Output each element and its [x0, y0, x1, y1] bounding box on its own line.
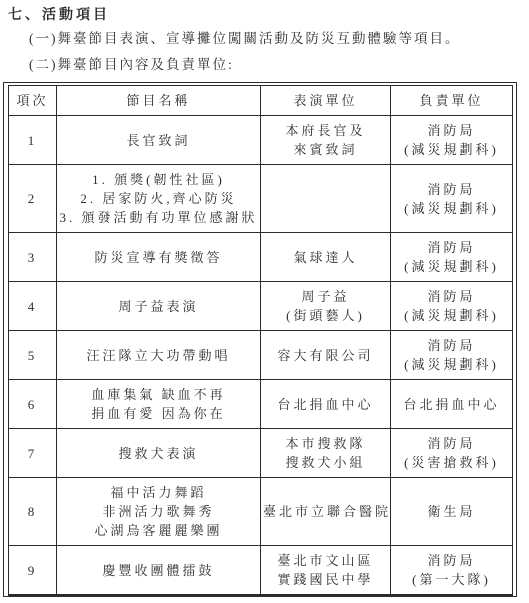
cell-line: (街頭藝人) — [263, 306, 388, 325]
cell-no: 9 — [9, 546, 57, 596]
cell-performer: 臺北市立聯合醫院 — [261, 478, 391, 546]
cell-line: 8 — [11, 502, 54, 521]
table-row: 21. 頒獎(韌性社區)2. 居家防火,齊心防災3. 頒發活動有功單位感謝狀 消… — [9, 165, 513, 233]
table-body: 1長官致詞本府長官及來賓致詞消防局(減災規劃科)21. 頒獎(韌性社區)2. 居… — [9, 116, 513, 596]
cell-line: 消防局 — [393, 551, 510, 570]
program-table-frame: 項次 節目名稱 表演單位 負責單位 1長官致詞本府長官及來賓致詞消防局(減災規劃… — [3, 82, 517, 597]
cell-line: 慶豐收團體擂鼓 — [59, 561, 258, 580]
cell-performer: 本市搜救隊搜救犬小組 — [261, 429, 391, 478]
cell-responsible: 消防局(第一大隊) — [391, 546, 513, 596]
cell-program: 福中活力舞蹈非洲活力歌舞秀心湖烏客麗麗樂團 — [57, 478, 261, 546]
paragraph-1: (一)舞臺節目表演、宣導攤位闖關活動及防災互動體驗等項目。 — [8, 26, 525, 52]
header-cell-performer: 表演單位 — [261, 86, 391, 116]
cell-line: 周子益 — [263, 287, 388, 306]
cell-responsible: 消防局(減災規劃科) — [391, 116, 513, 165]
cell-performer: 氣球達人 — [261, 233, 391, 282]
cell-line: (減災規劃科) — [393, 140, 510, 159]
cell-line: 臺北市文山區 — [263, 551, 388, 570]
cell-line: 3 — [11, 248, 54, 267]
cell-program: 血庫集氣 缺血不再捐血有愛 因為你在 — [57, 380, 261, 429]
table-row: 3防災宣導有獎徵答氣球達人消防局(減災規劃科) — [9, 233, 513, 282]
cell-no: 7 — [9, 429, 57, 478]
cell-line: 衛生局 — [393, 502, 510, 521]
cell-line: 臺北市立聯合醫院 — [263, 502, 388, 521]
cell-program: 長官致詞 — [57, 116, 261, 165]
cell-responsible: 衛生局 — [391, 478, 513, 546]
cell-no: 2 — [9, 165, 57, 233]
cell-performer — [261, 165, 391, 233]
table-row: 6血庫集氣 缺血不再捐血有愛 因為你在台北捐血中心台北捐血中心 — [9, 380, 513, 429]
cell-line: 5 — [11, 346, 54, 365]
cell-line: 台北捐血中心 — [263, 395, 388, 414]
cell-line: 汪汪隊立大功帶動唱 — [59, 346, 258, 365]
cell-line: 本府長官及 — [263, 121, 388, 140]
cell-program: 搜救犬表演 — [57, 429, 261, 478]
table-row: 9慶豐收團體擂鼓臺北市文山區實踐國民中學消防局(第一大隊) — [9, 546, 513, 596]
cell-line: 4 — [11, 297, 54, 316]
cell-line: 周子益表演 — [59, 297, 258, 316]
cell-line: 容大有限公司 — [263, 346, 388, 365]
cell-performer: 臺北市文山區實踐國民中學 — [261, 546, 391, 596]
header-cell-program: 節目名稱 — [57, 86, 261, 116]
cell-no: 6 — [9, 380, 57, 429]
cell-no: 5 — [9, 331, 57, 380]
paragraph-2: (二)舞臺節目內容及負責單位: — [8, 52, 525, 78]
cell-line: 3. 頒發活動有功單位感謝狀 — [59, 208, 258, 227]
cell-program: 防災宣導有獎徵答 — [57, 233, 261, 282]
header-cell-no: 項次 — [9, 86, 57, 116]
cell-line: 心湖烏客麗麗樂團 — [59, 521, 258, 540]
cell-performer: 台北捐血中心 — [261, 380, 391, 429]
cell-responsible: 消防局(減災規劃科) — [391, 165, 513, 233]
page-title: 七、活動項目 — [8, 6, 525, 26]
cell-line: 2 — [11, 189, 54, 208]
table-row: 8福中活力舞蹈非洲活力歌舞秀心湖烏客麗麗樂團臺北市立聯合醫院衛生局 — [9, 478, 513, 546]
table-row: 4周子益表演周子益(街頭藝人)消防局(減災規劃科) — [9, 282, 513, 331]
cell-line: (災害搶救科) — [393, 453, 510, 472]
cell-line: 9 — [11, 561, 54, 580]
cell-responsible: 消防局(減災規劃科) — [391, 331, 513, 380]
cell-line: 台北捐血中心 — [393, 395, 510, 414]
cell-line: 2. 居家防火,齊心防災 — [59, 189, 258, 208]
table-row: 7搜救犬表演本市搜救隊搜救犬小組消防局(災害搶救科) — [9, 429, 513, 478]
cell-no: 4 — [9, 282, 57, 331]
cell-line: 搜救犬小組 — [263, 453, 388, 472]
cell-line: 福中活力舞蹈 — [59, 483, 258, 502]
cell-line: 氣球達人 — [263, 248, 388, 267]
cell-no: 1 — [9, 116, 57, 165]
cell-performer: 本府長官及來賓致詞 — [261, 116, 391, 165]
cell-line: (第一大隊) — [393, 570, 510, 589]
cell-program: 慶豐收團體擂鼓 — [57, 546, 261, 596]
cell-line: 來賓致詞 — [263, 140, 388, 159]
cell-line: 本市搜救隊 — [263, 434, 388, 453]
cell-responsible: 消防局(減災規劃科) — [391, 233, 513, 282]
cell-line: 消防局 — [393, 238, 510, 257]
cell-performer: 容大有限公司 — [261, 331, 391, 380]
document-page: 七、活動項目 (一)舞臺節目表演、宣導攤位闖關活動及防災互動體驗等項目。 (二)… — [8, 6, 525, 597]
cell-line: 捐血有愛 因為你在 — [59, 404, 258, 423]
cell-line: (減災規劃科) — [393, 257, 510, 276]
cell-no: 3 — [9, 233, 57, 282]
cell-responsible: 消防局(災害搶救科) — [391, 429, 513, 478]
cell-line: (減災規劃科) — [393, 199, 510, 218]
cell-line: (減災規劃科) — [393, 355, 510, 374]
cell-program: 周子益表演 — [57, 282, 261, 331]
cell-line: 實踐國民中學 — [263, 570, 388, 589]
table-header-row: 項次 節目名稱 表演單位 負責單位 — [9, 86, 513, 116]
cell-line: 消防局 — [393, 434, 510, 453]
cell-line: 6 — [11, 395, 54, 414]
cell-line: 血庫集氣 缺血不再 — [59, 385, 258, 404]
program-table: 項次 節目名稱 表演單位 負責單位 1長官致詞本府長官及來賓致詞消防局(減災規劃… — [8, 85, 513, 596]
cell-line: 消防局 — [393, 287, 510, 306]
header-cell-responsible: 負責單位 — [391, 86, 513, 116]
cell-line: 1 — [11, 131, 54, 150]
table-row: 5汪汪隊立大功帶動唱容大有限公司消防局(減災規劃科) — [9, 331, 513, 380]
cell-no: 8 — [9, 478, 57, 546]
cell-line: 消防局 — [393, 336, 510, 355]
cell-line: 7 — [11, 444, 54, 463]
cell-program: 汪汪隊立大功帶動唱 — [57, 331, 261, 380]
cell-performer: 周子益(街頭藝人) — [261, 282, 391, 331]
cell-line: 1. 頒獎(韌性社區) — [59, 170, 258, 189]
cell-line: 搜救犬表演 — [59, 444, 258, 463]
page-title-text: 七、活動項目 — [8, 8, 110, 23]
cell-line: 消防局 — [393, 121, 510, 140]
cell-line: 非洲活力歌舞秀 — [59, 502, 258, 521]
cell-responsible: 消防局(減災規劃科) — [391, 282, 513, 331]
cell-line: 防災宣導有獎徵答 — [59, 248, 258, 267]
table-row: 1長官致詞本府長官及來賓致詞消防局(減災規劃科) — [9, 116, 513, 165]
cell-line: 長官致詞 — [59, 131, 258, 150]
cell-line: 消防局 — [393, 180, 510, 199]
cell-program: 1. 頒獎(韌性社區)2. 居家防火,齊心防災3. 頒發活動有功單位感謝狀 — [57, 165, 261, 233]
cell-responsible: 台北捐血中心 — [391, 380, 513, 429]
cell-line: (減災規劃科) — [393, 306, 510, 325]
